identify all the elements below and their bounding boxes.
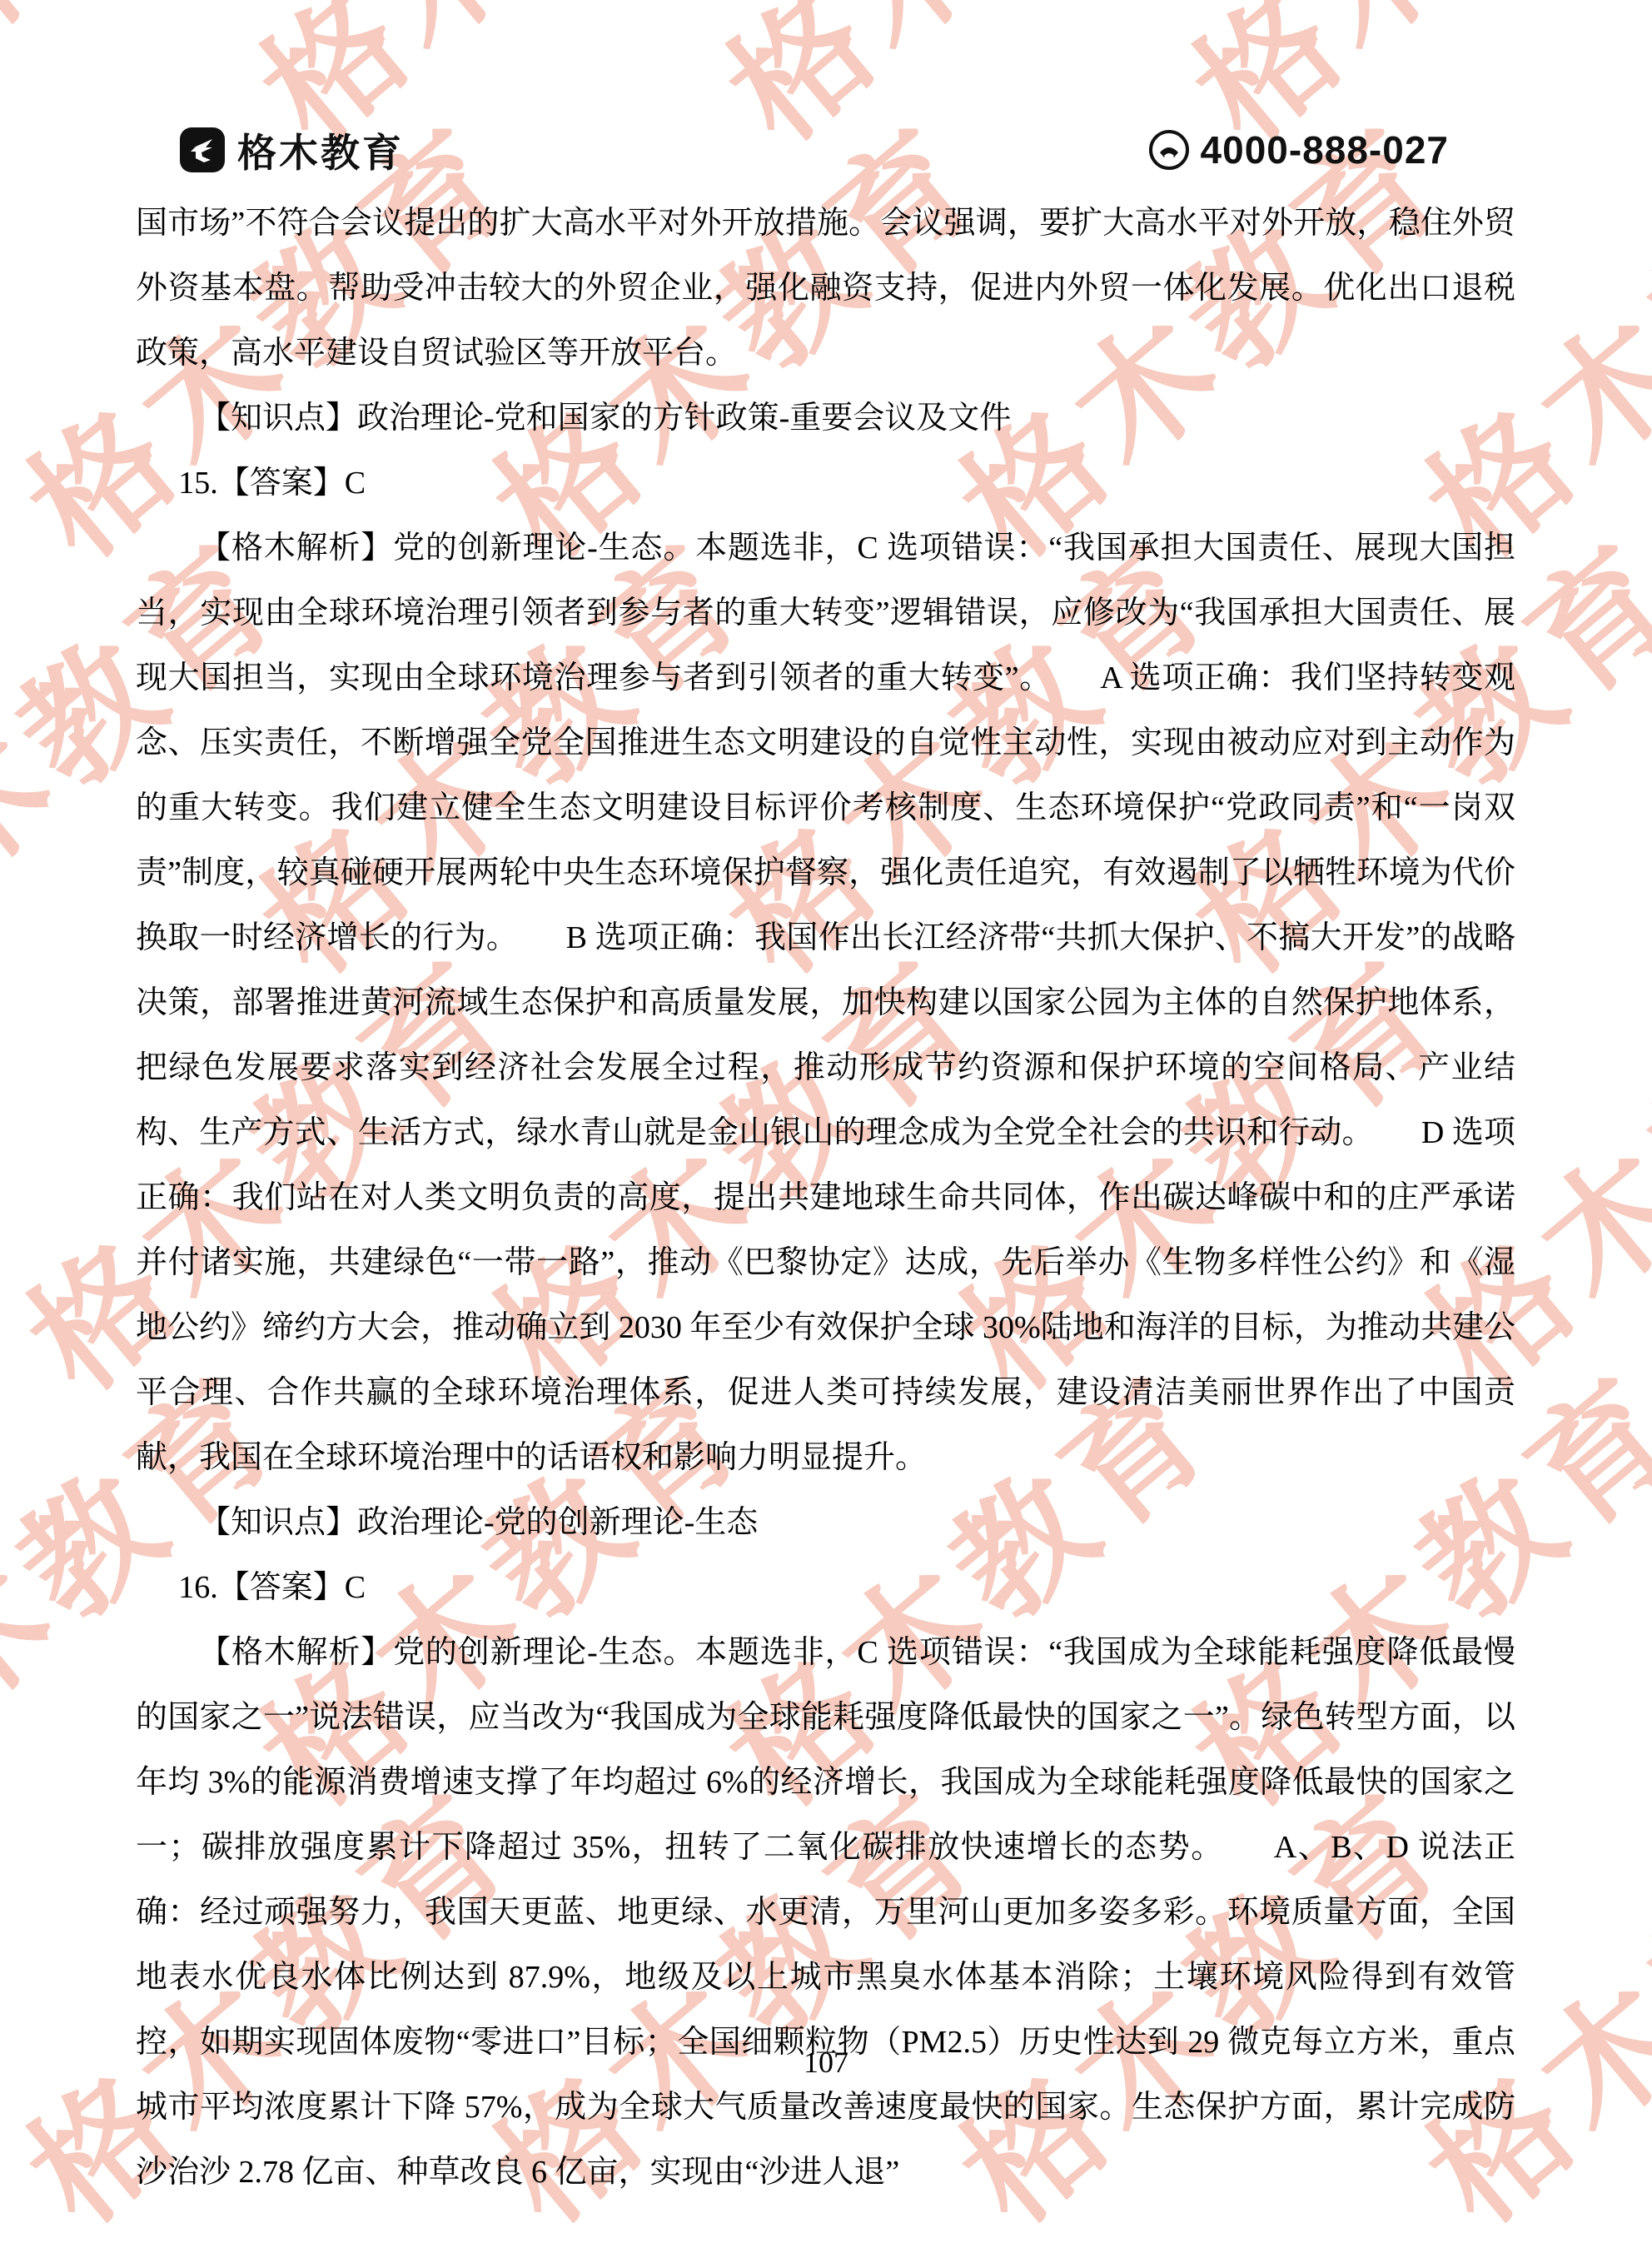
watermark-text: 格木教育 [1640,1353,1652,1828]
paragraph-answer: 15.【答案】C [136,451,1515,516]
paragraph-analysis: 【格木解析】党的创新理论-生态。本题选非，C 选项错误：“我国承担大国责任、展现… [136,516,1515,1490]
watermark-text: 格木教育 [1640,521,1652,995]
paragraph-body: 国市场”不符合会议提出的扩大高水平对外开放措施。会议强调，要扩大高水平对外开放，… [136,191,1515,386]
document-page: 格木教育格木教育格木教育格木教育格木教育格木教育格木教育格木教育格木教育格木教育… [0,0,1652,2243]
paragraph-answer: 16.【答案】C [136,1555,1515,1620]
brand-name: 格木教育 [237,122,404,178]
watermark-text: 格木教育 [1640,0,1652,162]
gemu-logo-icon [179,127,226,173]
paragraph-knowledge: 【知识点】政治理论-党和国家的方针政策-重要会议及文件 [136,386,1515,451]
brand: 格木教育 [179,122,404,178]
page-number: 107 [0,2045,1652,2080]
phone-number: 4000-888-027 [1201,127,1449,172]
page-header: 格木教育 4000-888-027 [179,123,1449,177]
paragraph-knowledge: 【知识点】政治理论-党的创新理论-生态 [136,1490,1515,1555]
phone-icon [1147,128,1191,172]
paragraph-analysis: 【格木解析】党的创新理论-生态。本题选非，C 选项错误：“我国成为全球能耗强度降… [136,1620,1515,2205]
phone-block: 4000-888-027 [1147,127,1449,172]
content: 国市场”不符合会议提出的扩大高水平对外开放措施。会议强调，要扩大高水平对外开放，… [136,191,1515,2205]
